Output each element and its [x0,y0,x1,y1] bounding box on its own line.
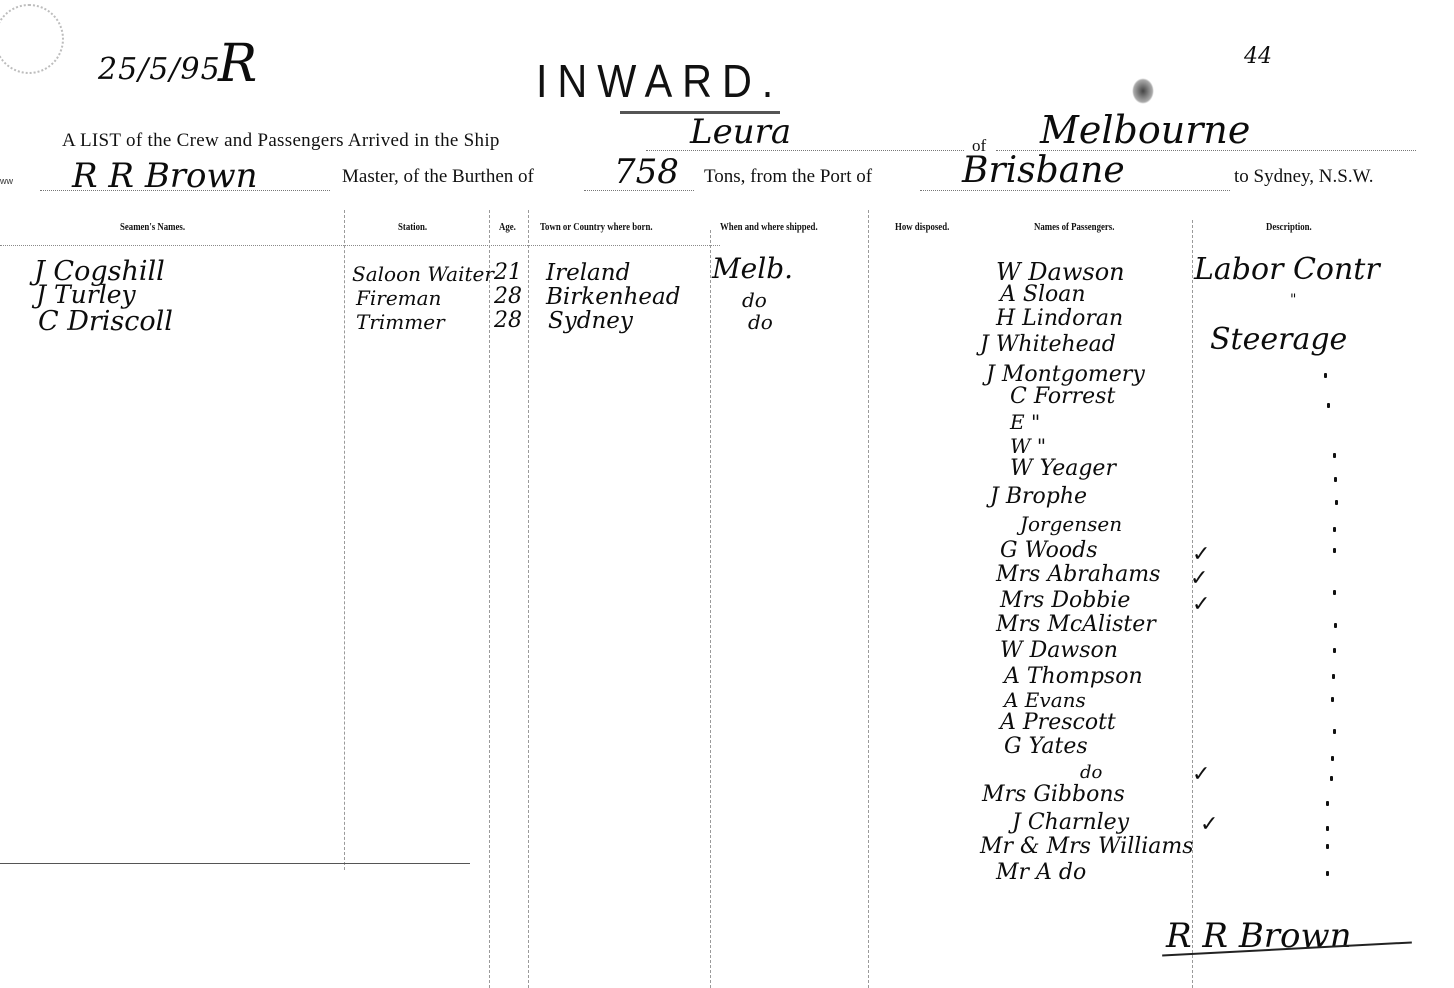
crew-age: 28 [494,284,522,309]
check-mark-icon: ✓ [1192,592,1210,617]
receiving-stamp [0,4,64,74]
ship-home-port: Melbourne [1040,108,1250,152]
registration-initials: R [218,34,257,94]
crew-name: C Driscoll [38,306,173,337]
col-header-seamens-names: Seamen's Names. [120,222,185,233]
ditto-mark [1326,871,1329,876]
passenger-name: Mrs Gibbons [982,782,1125,807]
ditto-mark [1331,697,1334,702]
crew-shipped: do [748,310,773,334]
check-mark-icon: ✓ [1200,812,1218,837]
margin-note: ww [0,176,13,186]
passenger-name: A Sloan [1000,282,1086,307]
crew-station: Saloon Waiter [352,262,494,286]
passenger-name: Mrs Abrahams [996,562,1160,587]
ditto-mark [1333,648,1336,653]
check-mark-icon: ✓ [1192,762,1210,787]
crew-birthplace: Birkenhead [546,284,680,310]
col-divider-age [489,210,490,988]
check-mark-icon: ✓ [1192,542,1210,567]
crew-section-end-rule [0,863,470,864]
passenger-name: J Brophe [990,484,1087,509]
col-divider-station [344,210,345,870]
master-label: Master, of the Burthen of [342,166,534,188]
master-name: R R Brown [72,156,258,196]
ship-name: Leura [690,112,791,152]
passenger-description: " [1290,292,1296,308]
passenger-name: do [1080,762,1102,783]
page-title: INWARD. [536,54,783,108]
passenger-name: W " [1010,434,1046,458]
ditto-mark [1334,623,1337,628]
col-header-shipped: When and where shipped. [720,222,818,233]
inward-crew-passenger-list: { "stamp": { "label": "receiving-stamp" … [0,0,1454,988]
col-header-passengers: Names of Passengers. [1034,222,1114,233]
ditto-mark [1335,500,1338,505]
passenger-name: A Evans [1004,688,1086,712]
passenger-name: Mr & Mrs Williams [980,834,1194,859]
crew-birthplace: Sydney [548,308,633,334]
registration-date: 25/5/95 [98,52,221,87]
passenger-name: G Woods [1000,538,1098,563]
crew-birthplace: Ireland [546,260,630,286]
ditto-mark [1326,844,1329,849]
col-header-description: Description. [1266,222,1312,233]
ditto-mark [1330,776,1333,781]
passenger-name: Mrs Dobbie [1000,588,1130,613]
corner-mark: 44 [1244,44,1272,69]
tonnage: 758 [614,152,679,192]
ditto-mark [1333,548,1336,553]
col-header-station: Station. [398,222,427,233]
ditto-mark [1331,756,1334,761]
ditto-mark [1324,373,1327,378]
passenger-description: Steerage [1210,322,1347,357]
col-divider-shipped [710,230,711,988]
passenger-name: W Dawson [1000,638,1118,663]
passenger-name: A Thompson [1004,664,1143,689]
passenger-description: Labor Contr [1194,252,1380,287]
passenger-name: Mrs McAlister [996,612,1156,637]
passenger-name: Mr A do [996,860,1086,885]
ditto-mark [1326,826,1329,831]
passenger-name: Jorgensen [1020,512,1122,536]
col-header-age: Age. [499,222,516,233]
list-intro-text: A LIST of the Crew and Passengers Arrive… [62,130,500,152]
col-divider-born [528,210,529,988]
header-bottom-rule-left [0,245,720,246]
check-mark-icon: ✓ [1190,566,1208,591]
passenger-name: J Whitehead [980,332,1116,357]
passenger-name: J Charnley [1012,810,1129,835]
passenger-name: C Forrest [1010,384,1115,409]
crew-name: J Turley [36,280,136,309]
ditto-mark [1332,674,1335,679]
col-header-disposed: How disposed. [895,222,949,233]
ink-blot [1132,78,1154,104]
ditto-mark [1327,403,1330,408]
col-header-born: Town or Country where born. [540,222,653,233]
passenger-name: W Yeager [1010,456,1116,481]
ditto-mark [1333,729,1336,734]
destination-label: to Sydney, N.S.W. [1234,166,1374,188]
crew-shipped: do [742,288,767,312]
tons-label: Tons, from the Port of [704,166,872,188]
ditto-mark [1333,590,1336,595]
passenger-name: G Yates [1004,734,1088,759]
ditto-mark [1326,801,1329,806]
ditto-mark [1333,453,1336,458]
crew-station: Trimmer [356,310,445,334]
ditto-mark [1334,477,1337,482]
crew-age: 28 [494,308,522,333]
crew-shipped: Melb. [712,252,793,285]
passenger-name: H Lindoran [996,306,1123,331]
from-port: Brisbane [962,150,1125,191]
passenger-name: E " [1010,410,1040,434]
crew-station: Fireman [356,286,441,310]
crew-age: 21 [494,260,522,285]
passenger-name: A Prescott [1000,710,1116,735]
ditto-mark [1333,527,1336,532]
col-divider-disposed [868,210,869,988]
